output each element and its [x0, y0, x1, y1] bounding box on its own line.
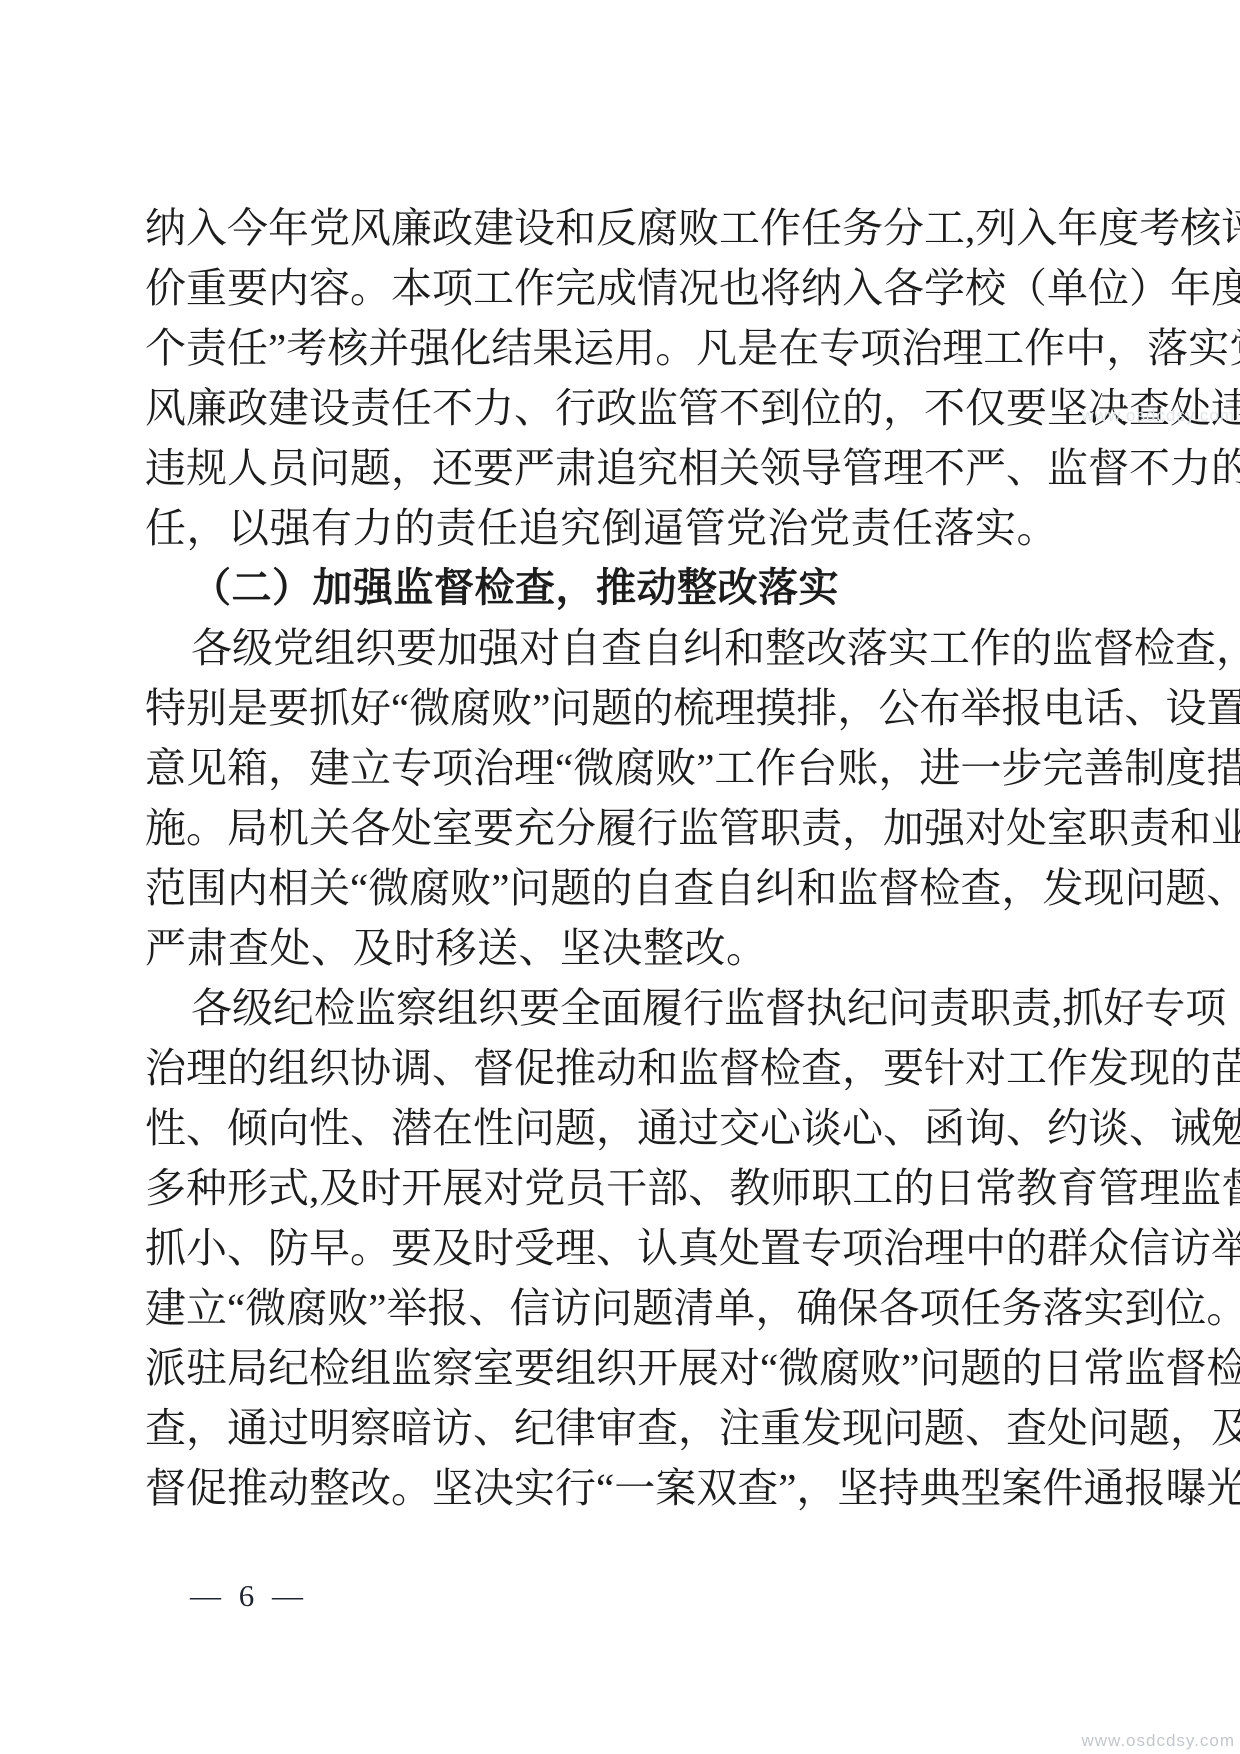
text-line: 特别是要抓好“微腐败”问题的梳理摸排，公布举报电话、设置: [145, 678, 1077, 738]
text-line: 建立“微腐败”举报、信访问题清单，确保各项任务落实到位。: [145, 1278, 1077, 1338]
text-line: 纳入今年党风廉政建设和反腐败工作任务分工,列入年度考核评: [145, 198, 1077, 258]
text-line: 范围内相关“微腐败”问题的自查自纠和监督检查，发现问题、: [145, 858, 1077, 918]
text-line: 各级党组织要加强对自查自纠和整改落实工作的监督检查，: [145, 618, 1077, 678]
text-line: 风廉政建设责任不力、行政监管不到位的，不仅要坚决查处违纪: [145, 378, 1077, 438]
text-line: 督促推动整改。坚决实行“一案双查”，坚持典型案件通报曝光。: [145, 1458, 1077, 1518]
document-body: 纳入今年党风廉政建设和反腐败工作任务分工,列入年度考核评价重要内容。本项工作完成…: [145, 198, 1077, 1518]
text-line: 抓小、防早。要及时受理、认真处置专项治理中的群众信访举报,: [145, 1218, 1077, 1278]
page-number: — 6 —: [190, 1578, 308, 1614]
text-line: 性、倾向性、潜在性问题，通过交心谈心、函询、约谈、诫勉等: [145, 1098, 1077, 1158]
text-line: 各级纪检监察组织要全面履行监督执纪问责职责,抓好专项: [145, 978, 1077, 1038]
text-line: 严肃查处、及时移送、坚决整改。: [145, 918, 1077, 978]
text-line: 任，以强有力的责任追究倒逼管党治党责任落实。: [145, 498, 1077, 558]
text-line: 治理的组织协调、督促推动和监督检查，要针对工作发现的苗头: [145, 1038, 1077, 1098]
text-line: 多种形式,及时开展对党员干部、教师职工的日常教育管理监督,: [145, 1158, 1077, 1218]
text-line: 施。局机关各处室要充分履行监管职责，加强对处室职责和业务: [145, 798, 1077, 858]
text-line: 价重要内容。本项工作完成情况也将纳入各学校（单位）年度“两: [145, 258, 1077, 318]
bottom-watermark: www.osdcdsy.com: [1081, 1731, 1235, 1751]
text-line: 派驻局纪检组监察室要组织开展对“微腐败”问题的日常监督检: [145, 1338, 1077, 1398]
text-line: 意见箱，建立专项治理“微腐败”工作台账，进一步完善制度措: [145, 738, 1077, 798]
text-line: 违规人员问题，还要严肃追究相关领导管理不严、监督不力的责: [145, 438, 1077, 498]
section-heading: （二）加强监督检查，推动整改落实: [145, 558, 1077, 618]
text-line: 个责任”考核并强化结果运用。凡是在专项治理工作中，落实党: [145, 318, 1077, 378]
document-page: 纳入今年党风廉政建设和反腐败工作任务分工,列入年度考核评价重要内容。本项工作完成…: [0, 0, 1240, 1754]
text-line: 查，通过明察暗访、纪律审查，注重发现问题、查处问题，及时: [145, 1398, 1077, 1458]
side-watermark: www.osdcdsy.com: [1081, 406, 1235, 426]
